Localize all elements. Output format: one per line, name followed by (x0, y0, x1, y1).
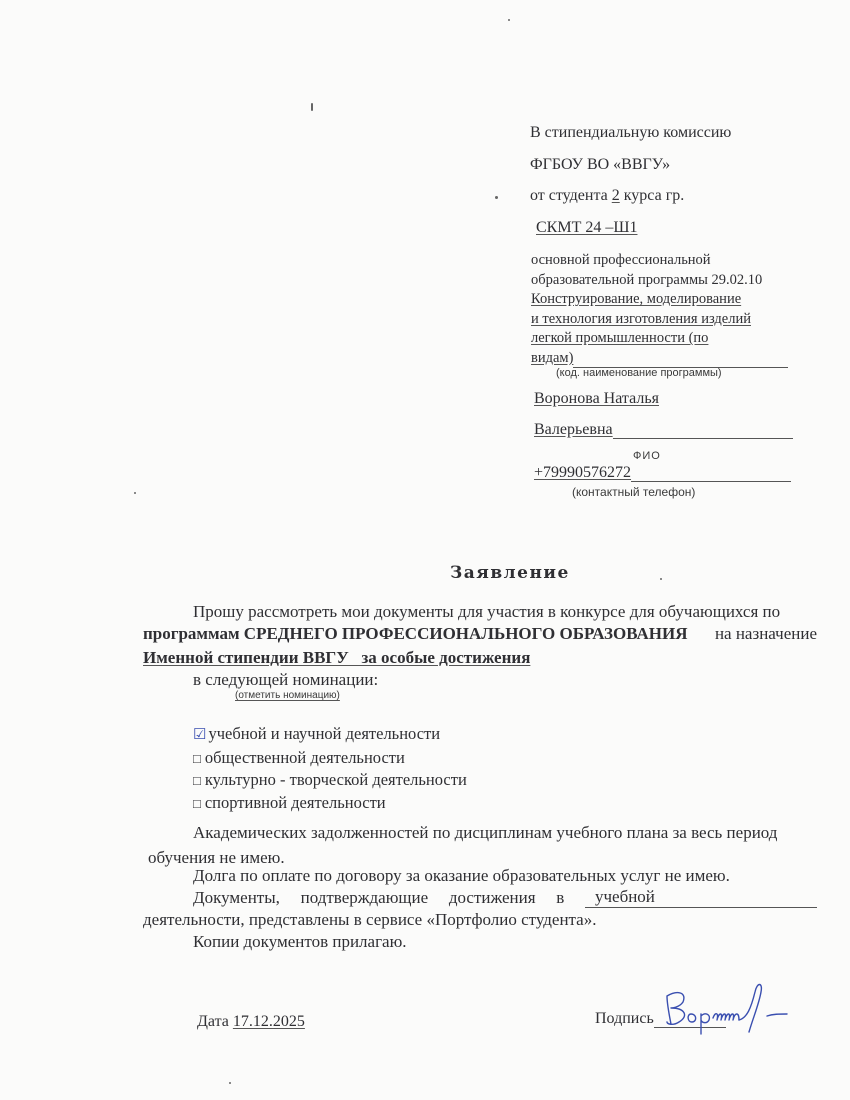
program-line-3: Конструирование, моделирование (531, 290, 788, 310)
program-line-1: основной профессиональной (531, 251, 788, 271)
program-line-6: видам) (531, 349, 573, 369)
nomination-label: учебной и научной деятельности (208, 724, 440, 743)
date-label: Дата (197, 1013, 229, 1030)
fio-caption: ФИО (633, 450, 661, 462)
nomination-label: культурно - творческой деятельности (205, 770, 467, 789)
addressee-line-1: В стипендиальную комиссию (530, 124, 731, 142)
date-value: 17.12.2025 (233, 1013, 305, 1030)
nomination-item[interactable]: □общественной деятельности (193, 747, 467, 770)
group-field: СКМТ 24 –Ш1 (536, 219, 637, 237)
program-caption: (код. наименование программы) (556, 367, 722, 379)
program-line-6-row: видам) (531, 349, 788, 369)
phone-caption: (контактный телефон) (572, 485, 695, 499)
statement-line-4: в следующей номинации: (193, 670, 378, 690)
signature-label: Подпись (595, 1010, 654, 1028)
fill-line (573, 353, 788, 368)
checkbox-unchecked-icon[interactable]: □ (193, 796, 201, 811)
nomination-item[interactable]: □культурно - творческой деятельности (193, 769, 467, 792)
document-title: Заявление (450, 563, 570, 583)
scan-speck (508, 19, 510, 21)
handwritten-signature-icon (655, 978, 805, 1038)
nomination-item[interactable]: ☑учебной и научной деятельности (193, 723, 467, 747)
checkbox-unchecked-icon[interactable]: □ (193, 773, 201, 788)
course-field: 2 (612, 187, 620, 204)
program-line-5: легкой промышленности (по (531, 329, 788, 349)
fill-line (613, 424, 793, 439)
nominations-list: ☑учебной и научной деятельности □обществ… (193, 723, 467, 814)
checkbox-unchecked-icon[interactable]: □ (193, 751, 201, 766)
nomination-hint: (отметить номинацию) (235, 690, 340, 701)
from-student-line: от студента 2 курса гр. (530, 187, 684, 205)
word: подтверждающие (301, 888, 429, 908)
word: Документы, (193, 888, 280, 908)
scan-speck (134, 492, 136, 494)
from-suffix: курса гр. (624, 187, 685, 204)
phone-field: +79990576272 (534, 464, 631, 482)
checkbox-checked-icon[interactable]: ☑ (193, 727, 206, 743)
statement-line-1: Прошу рассмотреть мои документы для учас… (193, 602, 780, 622)
nomination-item[interactable]: □спортивной деятельности (193, 792, 467, 815)
phone-row: +79990576272 (534, 464, 791, 482)
program-line-2: образовательной программы 29.02.10 (531, 271, 788, 291)
patronymic-row: Валерьевна (534, 421, 793, 439)
program-block: основной профессиональной образовательно… (531, 251, 788, 368)
nomination-label: спортивной деятельности (205, 793, 386, 812)
activity-field: учебной (585, 887, 817, 908)
word: достижения (449, 888, 536, 908)
student-patronymic-field: Валерьевна (534, 421, 613, 439)
declaration-debt: Долга по оплате по договору за оказание … (193, 866, 730, 886)
date-row: Дата 17.12.2025 (197, 1013, 305, 1031)
fill-line (631, 467, 791, 482)
word: в (556, 888, 564, 908)
scan-speck (311, 103, 313, 111)
addressee-line-2: ФГБОУ ВО «ВВГУ» (530, 156, 670, 174)
scan-speck (229, 1082, 231, 1084)
activity-field-value: учебной (595, 887, 655, 906)
program-line-4: и технология изготовления изделий (531, 310, 788, 330)
nomination-label: общественной деятельности (205, 748, 405, 767)
declaration-line-2: обучения не имею. (148, 848, 285, 868)
declaration-copies: Копии документов прилагаю. (193, 932, 407, 952)
scan-speck (495, 196, 498, 199)
scan-speck (660, 578, 662, 580)
declaration-docs-line-1: Документы, подтверждающие достижения в у… (193, 887, 817, 908)
from-prefix: от студента (530, 187, 608, 204)
statement-line-2-rest: на назначение (715, 624, 817, 644)
signature-image (655, 978, 805, 1038)
student-name-field: Воронова Наталья (534, 390, 659, 408)
statement-line-2: программам СРЕДНЕГО ПРОФЕССИОНАЛЬНОГО ОБ… (143, 624, 817, 644)
program-type-bold: программам СРЕДНЕГО ПРОФЕССИОНАЛЬНОГО ОБ… (143, 624, 688, 644)
declaration-line-1: Академических задолженностей по дисципли… (193, 823, 777, 843)
declaration-docs-line-2: деятельности, представлены в сервисе «По… (143, 910, 596, 930)
scholarship-name: Именной стипендии ВВГУ за особые достиже… (143, 648, 530, 668)
